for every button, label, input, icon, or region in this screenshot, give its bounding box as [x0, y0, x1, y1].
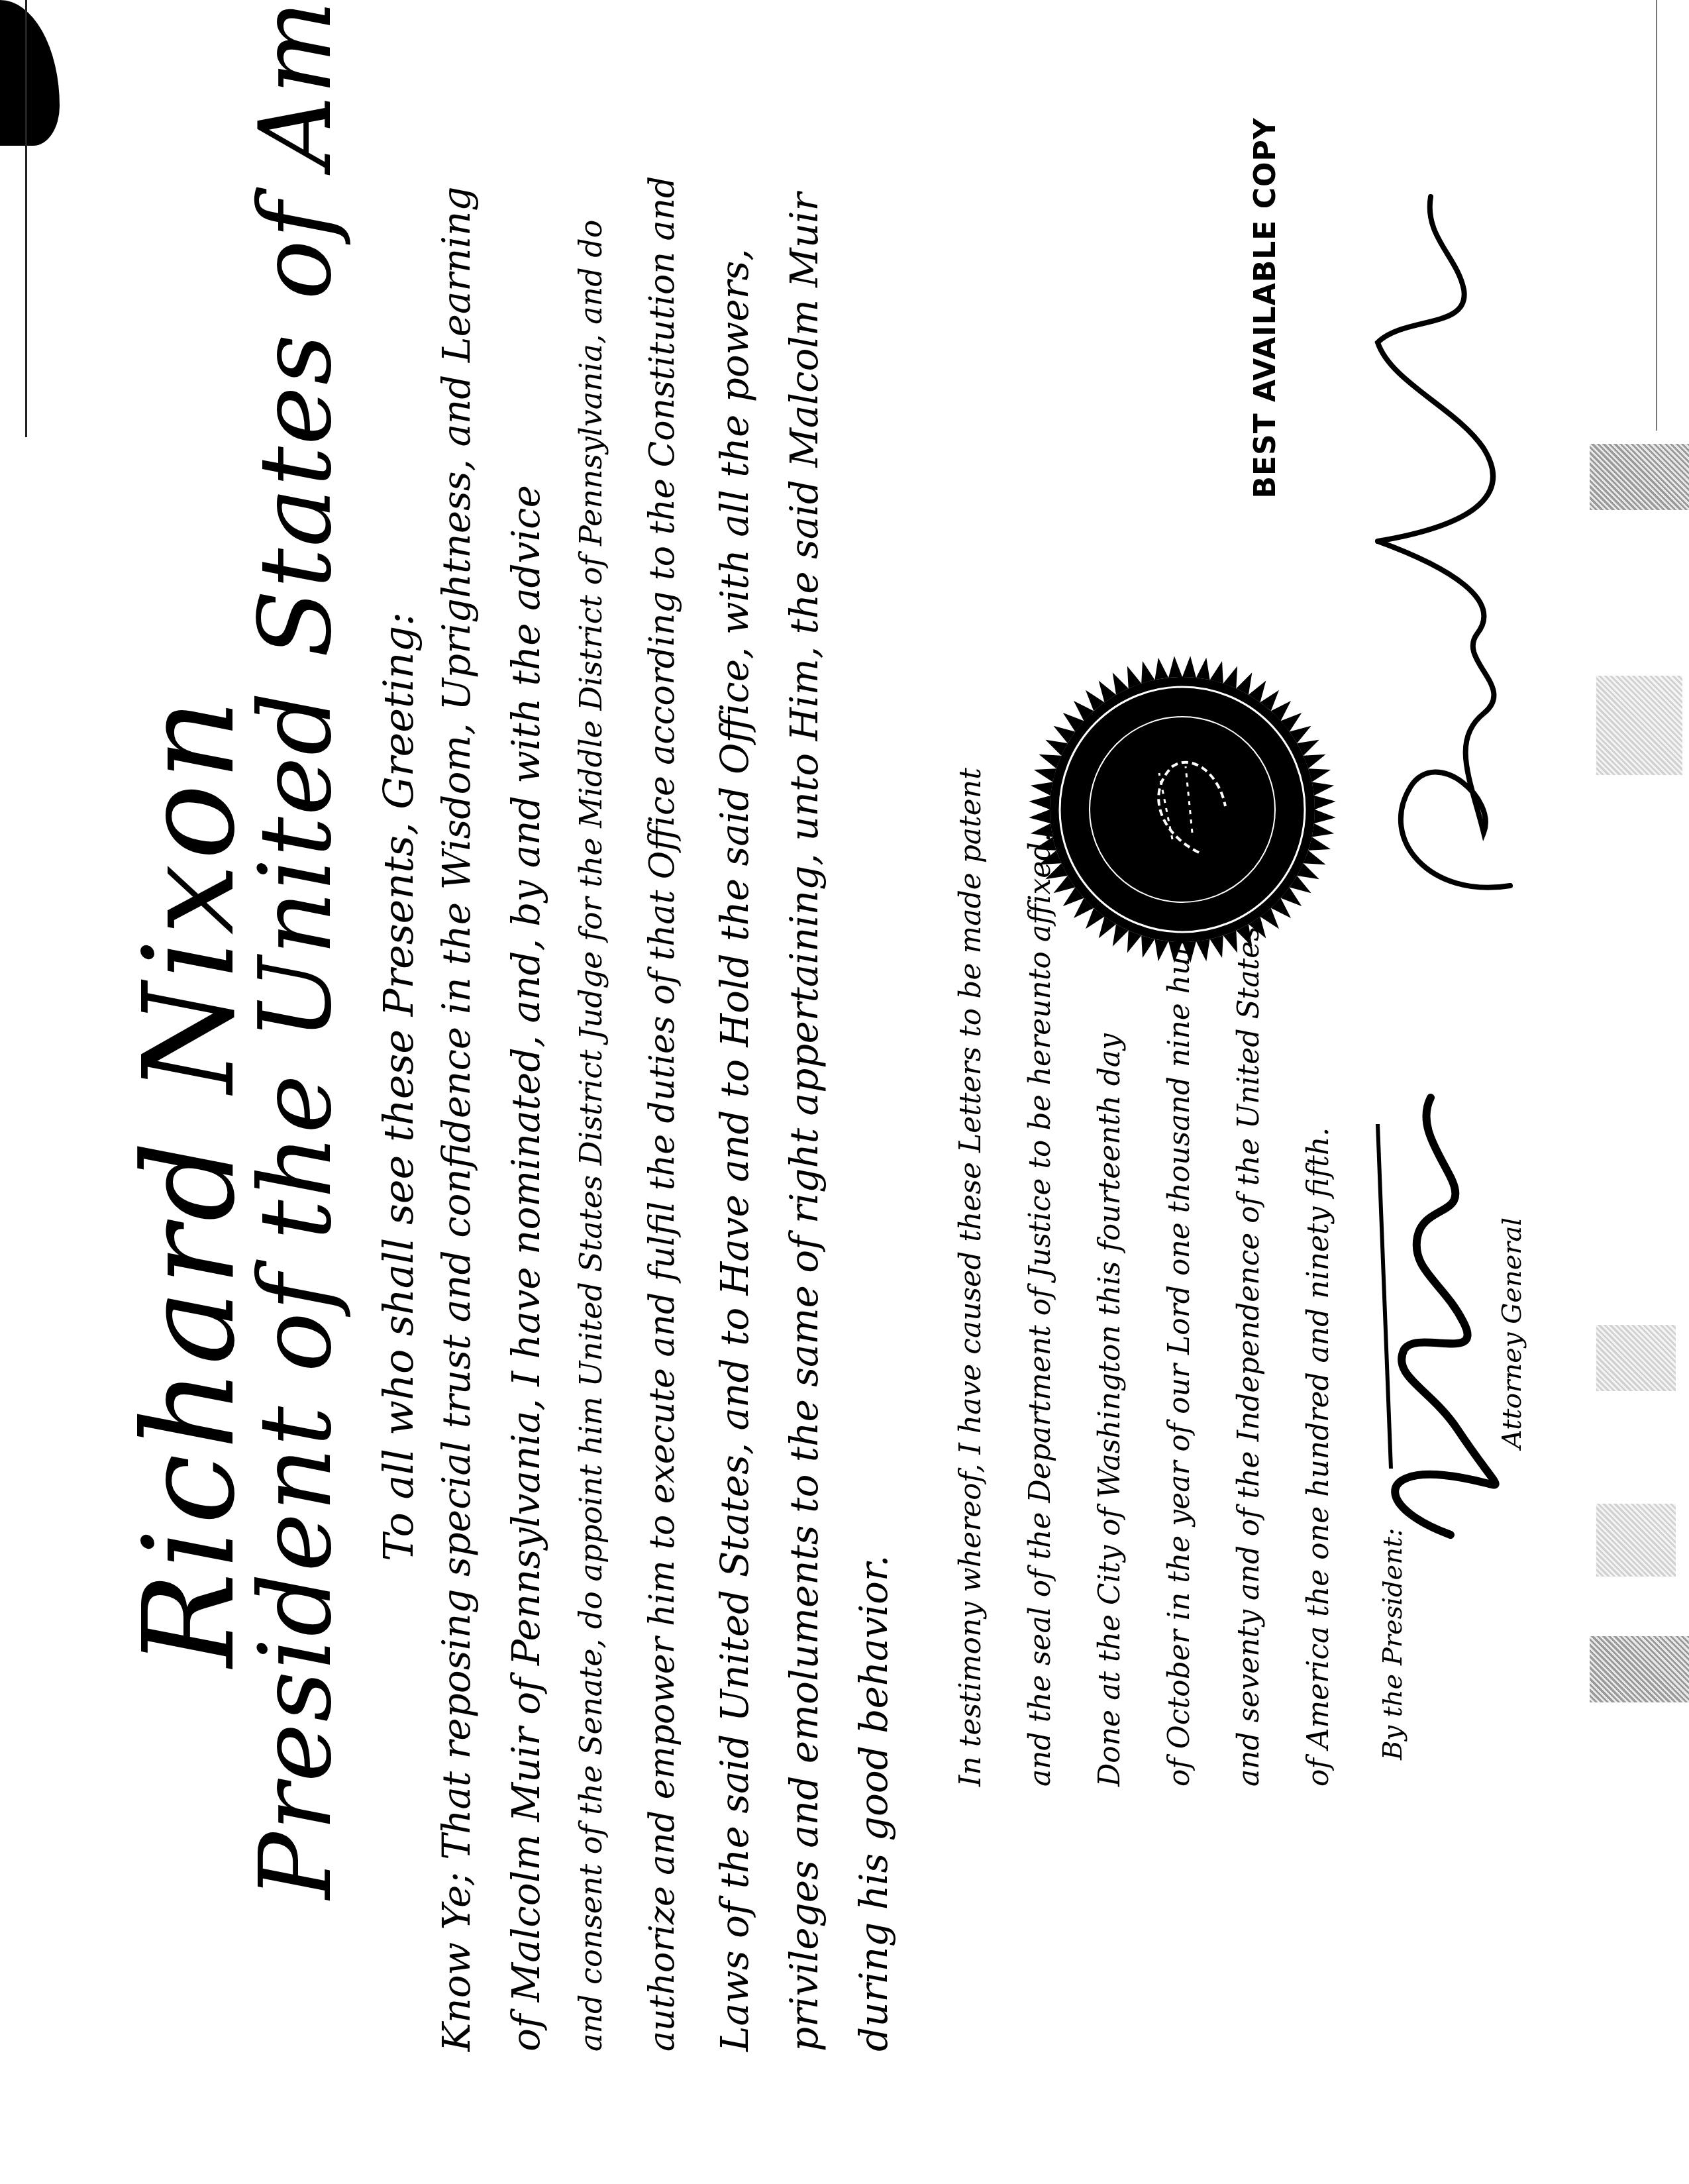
testimony-line: of October in the year of our Lord one t…	[1162, 869, 1196, 1787]
department-of-justice-seal	[1027, 654, 1338, 965]
document-subtitle: President of the United States of Americ…	[238, 0, 354, 1899]
by-the-president-label: By the President:	[1378, 1528, 1408, 1760]
testimony-line: Done at the City of Washington this four…	[1093, 1033, 1127, 1787]
body-line: Laws of the said United States, and to H…	[712, 248, 757, 2052]
body-line: authorize and empower him to execute and…	[642, 176, 682, 2052]
body-line: Know Ye; That reposing special trust and…	[434, 187, 479, 2052]
body-line: and consent of the Senate, do appoint hi…	[573, 220, 609, 2052]
greeting-line: To all who shall see these Presents, Gre…	[374, 612, 423, 1561]
testimony-line: and seventy and of the Independence of t…	[1232, 926, 1266, 1787]
attorney-general-title: Attorney General	[1497, 1218, 1527, 1449]
testimony-line: of America the one hundred and ninety fi…	[1302, 1127, 1335, 1787]
body-line: privileges and emoluments to the same of…	[782, 193, 827, 2052]
body-line: during his good behavior.	[851, 1555, 896, 2052]
testimony-line: and the seal of the Department of Justic…	[1023, 833, 1057, 1787]
body-line: of Malcolm Muir of Pennsylvania, I have …	[503, 485, 548, 2052]
certificate-rotated: Richard Nixon President of the United St…	[0, 0, 1689, 2184]
testimony-line: In testimony whereof, I have caused thes…	[954, 768, 988, 1787]
president-signature	[1351, 183, 1550, 912]
